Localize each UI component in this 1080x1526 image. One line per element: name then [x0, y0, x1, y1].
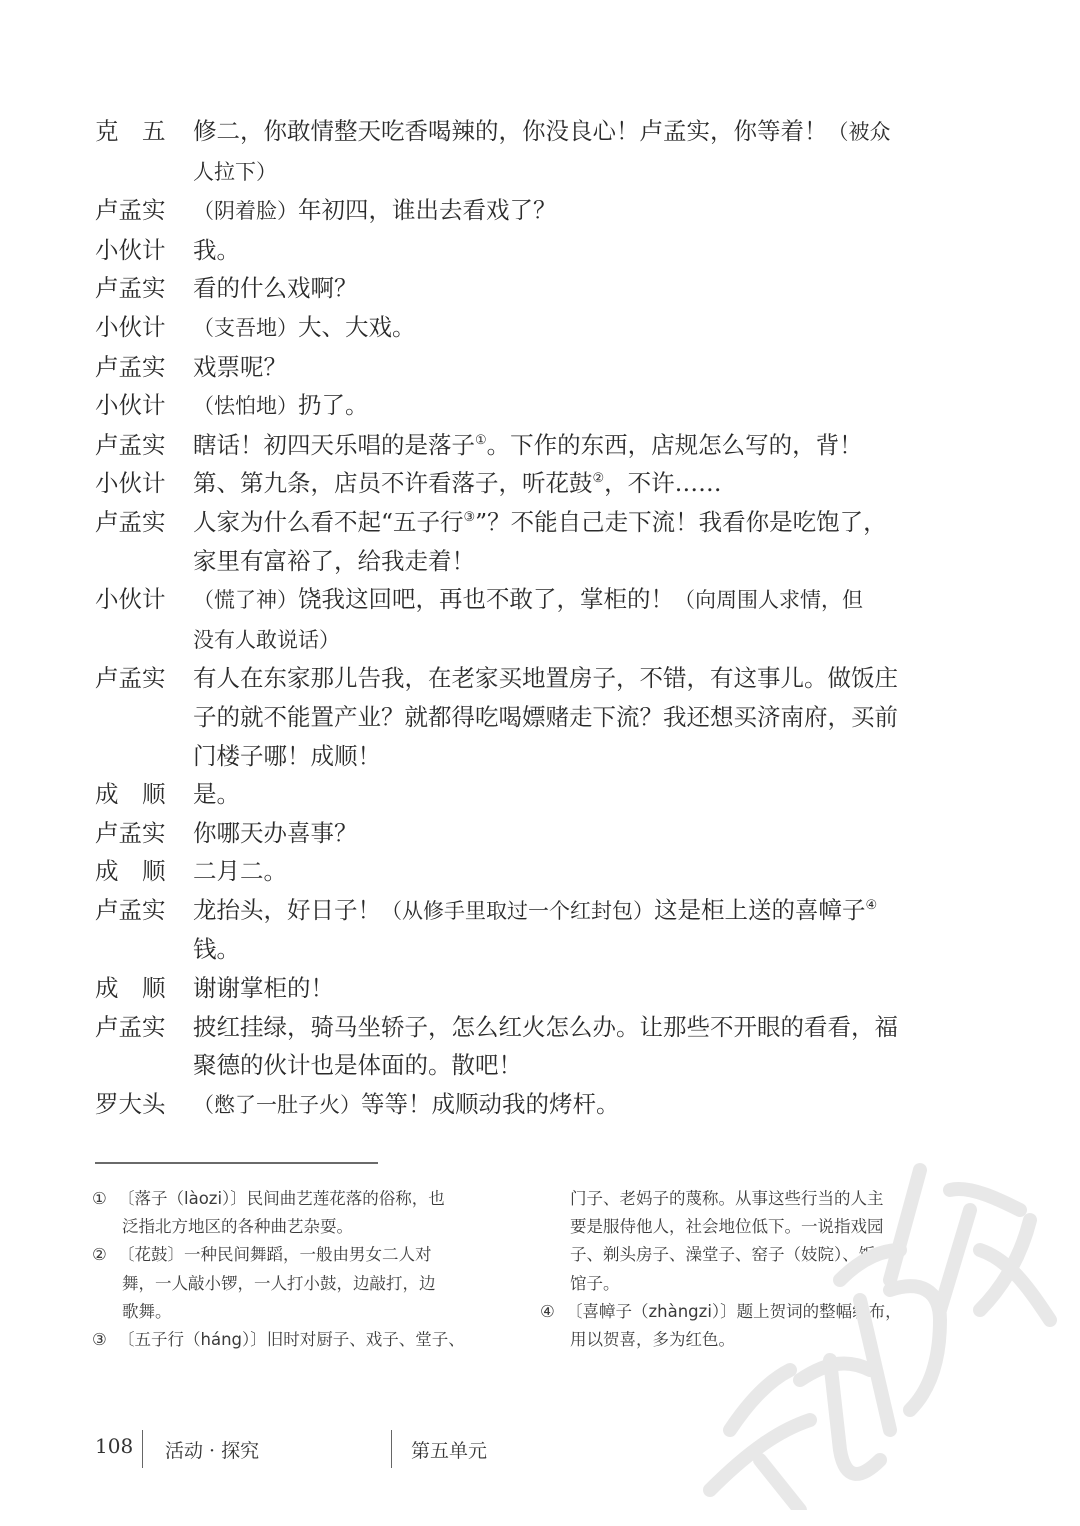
speaker-name: 卢孟实: [95, 503, 193, 580]
stage-direction: （慌了神）: [193, 588, 298, 612]
dialogue-row: 小伙计 我。: [95, 231, 945, 270]
dialogue-row: 卢孟实 披红挂绿，骑马坐轿子，怎么红火怎么办。让那些不开眼的看看，福聚德的伙计也…: [95, 1008, 945, 1085]
footnote-2: ②〔花鼓〕一种民间舞蹈，一般由男女二人对舞，一人敲小锣，一人打小鼓，边敲打，边歌…: [92, 1241, 497, 1326]
speaker-name: 卢孟实: [95, 269, 193, 308]
dialogue-line: 有人在东家那儿告我，在老家买地置房子，不错，有这事儿。做饭庄子的就不能置产业？就…: [193, 659, 945, 775]
speaker-name: 小伙计: [95, 580, 193, 659]
dialogue-row: 成 顺 谢谢掌柜的！: [95, 969, 945, 1008]
page-footer: 108 活动 · 探究 第五单元: [95, 1430, 995, 1470]
dialogue-line: 我。: [193, 231, 945, 270]
speaker-name: 卢孟实: [95, 1008, 193, 1085]
speaker-name: 小伙计: [95, 231, 193, 270]
dialogue-row: 卢孟实 龙抬头，好日子！（从修手里取过一个红封包）这是柜上送的喜幛子④钱。: [95, 891, 945, 969]
speaker-name: 小伙计: [95, 386, 193, 426]
dialogue-row: 卢孟实 戏票呢？: [95, 348, 945, 387]
dialogue-line: 看的什么戏啊？: [193, 269, 945, 308]
footer-separator: [142, 1430, 143, 1468]
dialogue-line: （支吾地）大、大戏。: [193, 308, 945, 348]
stage-direction: （憋了一肚子火）: [193, 1093, 361, 1117]
stage-direction: （支吾地）: [193, 316, 298, 340]
dialogue-row: 罗大头 （憋了一肚子火）等等！成顺动我的烤杆。: [95, 1085, 945, 1125]
dialogue-line: （慌了神）饶我这回吧，再也不敢了，掌柜的！（向周围人求情，但没有人敢说话）: [193, 580, 945, 659]
dialogue-row: 卢孟实 人家为什么看不起“五子行③”？不能自己走下流！我看你是吃饱了，家里有富裕…: [95, 503, 945, 580]
speaker-name: 成 顺: [95, 852, 193, 891]
dialogue-line: 你哪天办喜事？: [193, 814, 945, 853]
script-dialogue: 克 五 修二，你敢情整天吃香喝辣的，你没良心！卢孟实，你等着！（被众 人拉下） …: [95, 112, 945, 1124]
footnote-marker: ①: [475, 433, 487, 448]
stage-direction: （向周围人求情，但: [674, 588, 863, 612]
stage-direction: 人拉下）: [193, 160, 277, 184]
dialogue-line: 谢谢掌柜的！: [193, 969, 945, 1008]
speaker-name: 成 顺: [95, 969, 193, 1008]
dialogue-row: 克 五 修二，你敢情整天吃香喝辣的，你没良心！卢孟实，你等着！（被众 人拉下）: [95, 112, 945, 191]
dialogue-row: 成 顺 二月二。: [95, 852, 945, 891]
dialogue-line: 二月二。: [193, 852, 945, 891]
footnote-1: ①〔落子（làozi）〕民间曲艺莲花落的俗称，也泛指北方地区的各种曲艺杂耍。: [92, 1185, 497, 1241]
speaker-name: 卢孟实: [95, 659, 193, 775]
dialogue-row: 小伙计 第、第九条，店员不许看落子，听花鼓②，不许……: [95, 464, 945, 503]
stage-direction: （阴着脸）: [193, 199, 298, 223]
dialogue-line: （憋了一肚子火）等等！成顺动我的烤杆。: [193, 1085, 945, 1125]
stage-direction: （怯怕地）: [193, 394, 298, 418]
speaker-name: 卢孟实: [95, 348, 193, 387]
speaker-name: 罗大头: [95, 1085, 193, 1125]
dialogue-row: 小伙计 （慌了神）饶我这回吧，再也不敢了，掌柜的！（向周围人求情，但没有人敢说话…: [95, 580, 945, 659]
dialogue-line: 戏票呢？: [193, 348, 945, 387]
stage-direction: 没有人敢说话）: [193, 628, 340, 652]
dialogue-line: 第、第九条，店员不许看落子，听花鼓②，不许……: [193, 464, 945, 503]
page-number: 108: [95, 1434, 133, 1458]
dialogue-line: （怯怕地）扔了。: [193, 386, 945, 426]
speaker-name: 卢孟实: [95, 426, 193, 465]
speaker-name: 卢孟实: [95, 814, 193, 853]
dialogue-line: 修二，你敢情整天吃香喝辣的，你没良心！卢孟实，你等着！（被众 人拉下）: [193, 112, 945, 191]
speaker-name: 小伙计: [95, 464, 193, 503]
dialogue-row: 卢孟实 瞎话！初四天乐唱的是落子①。下作的东西，店规怎么写的，背！: [95, 426, 945, 465]
footnotes-right-column: 门子、老妈子的蔑称。从事这些行当的人主要是服侍他人，社会地位低下。一说指戏园子、…: [540, 1185, 945, 1354]
dialogue-row: 卢孟实 你哪天办喜事？: [95, 814, 945, 853]
stage-direction: （被众: [828, 120, 891, 144]
dialogue-line: 瞎话！初四天乐唱的是落子①。下作的东西，店规怎么写的，背！: [193, 426, 945, 465]
footer-separator: [391, 1430, 392, 1468]
dialogue-row: 小伙计 （怯怕地）扔了。: [95, 386, 945, 426]
footnote-4: ④〔喜幛子（zhàngzi）〕题上贺词的整幅绸布，用以贺喜，多为红色。: [540, 1298, 945, 1354]
footnote-divider: [95, 1162, 378, 1164]
footnote-marker: ③: [464, 510, 476, 525]
stage-direction: （从修手里取过一个红封包）: [381, 899, 654, 923]
speaker-name: 卢孟实: [95, 891, 193, 969]
footnote-3: ③〔五子行（háng）〕旧时对厨子、戏子、堂子、: [92, 1326, 497, 1354]
dialogue-line: 披红挂绿，骑马坐轿子，怎么红火怎么办。让那些不开眼的看看，福聚德的伙计也是体面的…: [193, 1008, 945, 1085]
footnotes-left-column: ①〔落子（làozi）〕民间曲艺莲花落的俗称，也泛指北方地区的各种曲艺杂耍。 ②…: [92, 1185, 497, 1354]
dialogue-line: （阴着脸）年初四，谁出去看戏了？: [193, 191, 945, 231]
footnote-marker: ②: [593, 471, 605, 486]
footnote-3-continued: 门子、老妈子的蔑称。从事这些行当的人主要是服侍他人，社会地位低下。一说指戏园子、…: [540, 1185, 945, 1298]
footnote-marker: ④: [866, 898, 878, 913]
dialogue-row: 卢孟实 （阴着脸）年初四，谁出去看戏了？: [95, 191, 945, 231]
dialogue-line: 龙抬头，好日子！（从修手里取过一个红封包）这是柜上送的喜幛子④钱。: [193, 891, 945, 969]
speaker-name: 小伙计: [95, 308, 193, 348]
dialogue-row: 成 顺 是。: [95, 775, 945, 814]
footer-section: 活动 · 探究: [165, 1436, 259, 1463]
dialogue-line: 是。: [193, 775, 945, 814]
dialogue-row: 卢孟实 看的什么戏啊？: [95, 269, 945, 308]
footer-unit: 第五单元: [411, 1436, 487, 1463]
speaker-name: 成 顺: [95, 775, 193, 814]
dialogue-row: 小伙计 （支吾地）大、大戏。: [95, 308, 945, 348]
dialogue-row: 卢孟实 有人在东家那儿告我，在老家买地置房子，不错，有这事儿。做饭庄子的就不能置…: [95, 659, 945, 775]
speaker-name: 卢孟实: [95, 191, 193, 231]
speaker-name: 克 五: [95, 112, 193, 191]
dialogue-line: 人家为什么看不起“五子行③”？不能自己走下流！我看你是吃饱了，家里有富裕了，给我…: [193, 503, 945, 580]
